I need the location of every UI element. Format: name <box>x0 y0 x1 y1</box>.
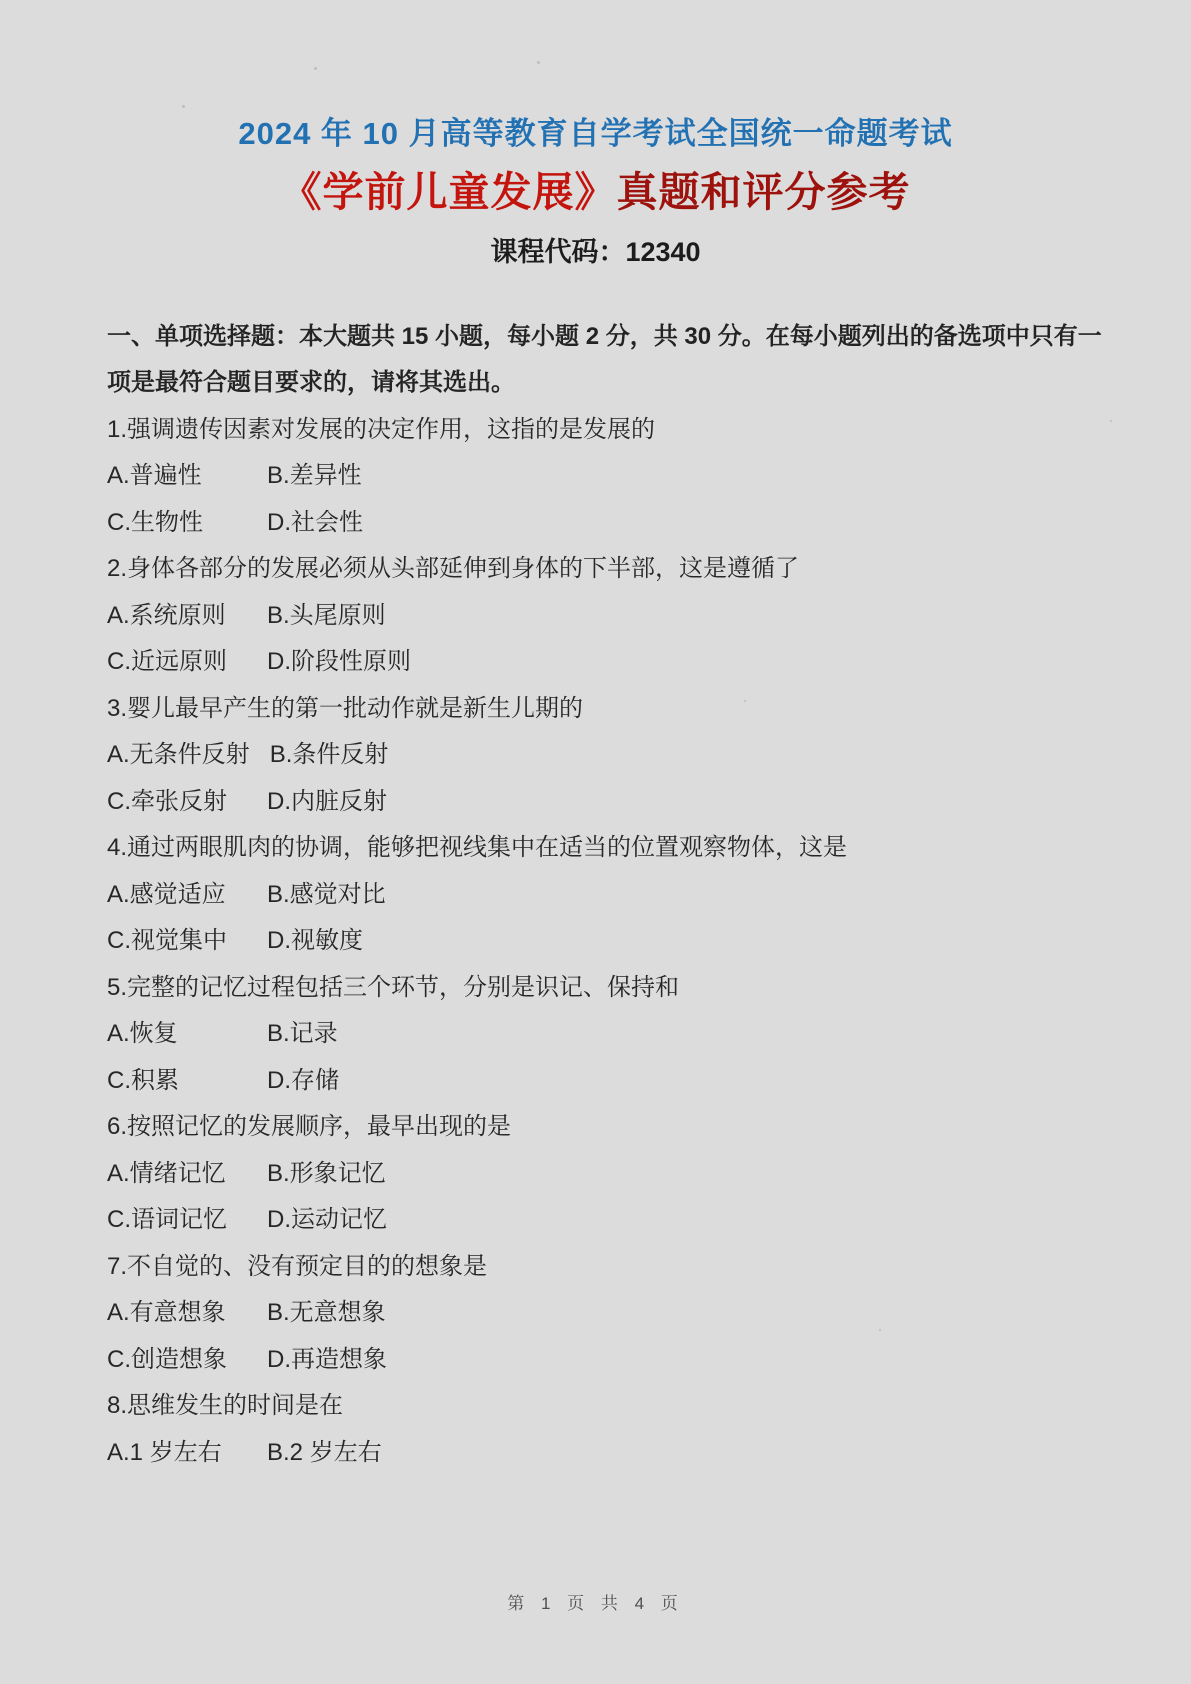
option-a: A.恢复 <box>107 1013 247 1048</box>
option-a: A.有意想象 <box>107 1292 247 1327</box>
question-stem: 8.思维发生的时间是在 <box>107 1380 1085 1427</box>
option-d: D.社会性 <box>267 502 363 537</box>
question-block: 2.身体各部分的发展必须从头部延伸到身体的下半部，这是遵循了A.系统原则B.头尾… <box>107 543 1085 683</box>
scan-speck <box>1110 420 1112 422</box>
option-row: A.1 岁左右B.2 岁左右 <box>107 1426 1085 1473</box>
option-a: A.无条件反射 <box>107 734 250 769</box>
option-row: C.创造想象D.再造想象 <box>107 1333 1085 1380</box>
question-stem: 4.通过两眼肌肉的协调，能够把视线集中在适当的位置观察物体，这是 <box>107 822 1085 869</box>
subject-title-book-name: 《学前儿童发展》 <box>281 169 617 215</box>
question-block: 6.按照记忆的发展顺序，最早出现的是A.情绪记忆B.形象记忆C.语词记忆D.运动… <box>107 1101 1085 1241</box>
option-row: C.积累D.存储 <box>107 1054 1085 1101</box>
question-stem: 7.不自觉的、没有预定目的的想象是 <box>107 1240 1085 1287</box>
option-row: C.视觉集中D.视敏度 <box>107 915 1085 962</box>
option-row: C.生物性D.社会性 <box>107 496 1085 543</box>
option-row: C.近远原则D.阶段性原则 <box>107 636 1085 683</box>
option-d: D.视敏度 <box>267 920 363 955</box>
option-row: A.无条件反射B.条件反射 <box>107 729 1085 776</box>
option-d: D.运动记忆 <box>267 1199 387 1234</box>
option-b: B.差异性 <box>267 455 362 490</box>
question-stem: 1.强调遗传因素对发展的决定作用，这指的是发展的 <box>107 403 1085 450</box>
option-a: A.情绪记忆 <box>107 1153 247 1188</box>
option-row: A.普遍性B.差异性 <box>107 450 1085 497</box>
option-b: B.2 岁左右 <box>267 1432 382 1467</box>
option-row: A.系统原则B.头尾原则 <box>107 589 1085 636</box>
option-c: C.积累 <box>107 1060 247 1095</box>
section-intro-line: 一、单项选择题：本大题共 15 小题，每小题 2 分，共 30 分。在每小题列出… <box>107 310 1085 357</box>
option-c: C.牵张反射 <box>107 781 247 816</box>
question-block: 4.通过两眼肌肉的协调，能够把视线集中在适当的位置观察物体，这是A.感觉适应B.… <box>107 822 1085 962</box>
option-a: A.普遍性 <box>107 455 247 490</box>
option-a: A.感觉适应 <box>107 874 247 909</box>
option-c: C.生物性 <box>107 502 247 537</box>
option-b: B.形象记忆 <box>267 1153 386 1188</box>
question-stem: 5.完整的记忆过程包括三个环节，分别是识记、保持和 <box>107 961 1085 1008</box>
scan-speck <box>314 67 317 70</box>
option-row: A.有意想象B.无意想象 <box>107 1287 1085 1334</box>
option-a: A.系统原则 <box>107 595 247 630</box>
option-row: C.牵张反射D.内脏反射 <box>107 775 1085 822</box>
option-c: C.创造想象 <box>107 1339 247 1374</box>
option-b: B.记录 <box>267 1013 338 1048</box>
option-row: A.情绪记忆B.形象记忆 <box>107 1147 1085 1194</box>
subject-title-suffix: 真题和评分参考 <box>617 169 911 215</box>
option-row: A.恢复B.记录 <box>107 1008 1085 1055</box>
option-row: A.感觉适应B.感觉对比 <box>107 868 1085 915</box>
document-body: 一、单项选择题：本大题共 15 小题，每小题 2 分，共 30 分。在每小题列出… <box>107 310 1085 1473</box>
option-d: D.再造想象 <box>267 1339 387 1374</box>
option-c: C.近远原则 <box>107 641 247 676</box>
option-c: C.语词记忆 <box>107 1199 247 1234</box>
exam-paper-page: 2024 年 10 月高等教育自学考试全国统一命题考试 《学前儿童发展》真题和评… <box>0 0 1191 1684</box>
scan-speck <box>537 61 540 64</box>
option-d: D.内脏反射 <box>267 781 387 816</box>
option-b: B.头尾原则 <box>267 595 386 630</box>
subject-title: 《学前儿童发展》真题和评分参考 <box>0 166 1191 218</box>
option-d: D.存储 <box>267 1060 339 1095</box>
option-b: B.条件反射 <box>270 734 389 769</box>
exam-title: 2024 年 10 月高等教育自学考试全国统一命题考试 <box>0 112 1191 156</box>
questions: 1.强调遗传因素对发展的决定作用，这指的是发展的A.普遍性B.差异性C.生物性D… <box>107 403 1085 1473</box>
option-b: B.无意想象 <box>267 1292 386 1327</box>
option-row: C.语词记忆D.运动记忆 <box>107 1194 1085 1241</box>
scan-speck <box>182 105 185 108</box>
question-stem: 6.按照记忆的发展顺序，最早出现的是 <box>107 1101 1085 1148</box>
option-b: B.感觉对比 <box>267 874 386 909</box>
question-block: 7.不自觉的、没有预定目的的想象是A.有意想象B.无意想象C.创造想象D.再造想… <box>107 1240 1085 1380</box>
section-intro-line: 项是最符合题目要求的，请将其选出。 <box>107 357 1085 404</box>
question-stem: 3.婴儿最早产生的第一批动作就是新生儿期的 <box>107 682 1085 729</box>
question-block: 8.思维发生的时间是在A.1 岁左右B.2 岁左右 <box>107 1380 1085 1473</box>
course-code: 课程代码：12340 <box>0 234 1191 270</box>
scan-speck <box>744 700 746 702</box>
question-block: 5.完整的记忆过程包括三个环节，分别是识记、保持和A.恢复B.记录C.积累D.存… <box>107 961 1085 1101</box>
question-stem: 2.身体各部分的发展必须从头部延伸到身体的下半部，这是遵循了 <box>107 543 1085 590</box>
page-number-footer: 第 1 页 共 4 页 <box>0 1592 1191 1616</box>
option-a: A.1 岁左右 <box>107 1432 247 1467</box>
option-c: C.视觉集中 <box>107 920 247 955</box>
question-block: 3.婴儿最早产生的第一批动作就是新生儿期的A.无条件反射B.条件反射C.牵张反射… <box>107 682 1085 822</box>
option-d: D.阶段性原则 <box>267 641 411 676</box>
scan-speck <box>879 1329 881 1331</box>
question-block: 1.强调遗传因素对发展的决定作用，这指的是发展的A.普遍性B.差异性C.生物性D… <box>107 403 1085 543</box>
